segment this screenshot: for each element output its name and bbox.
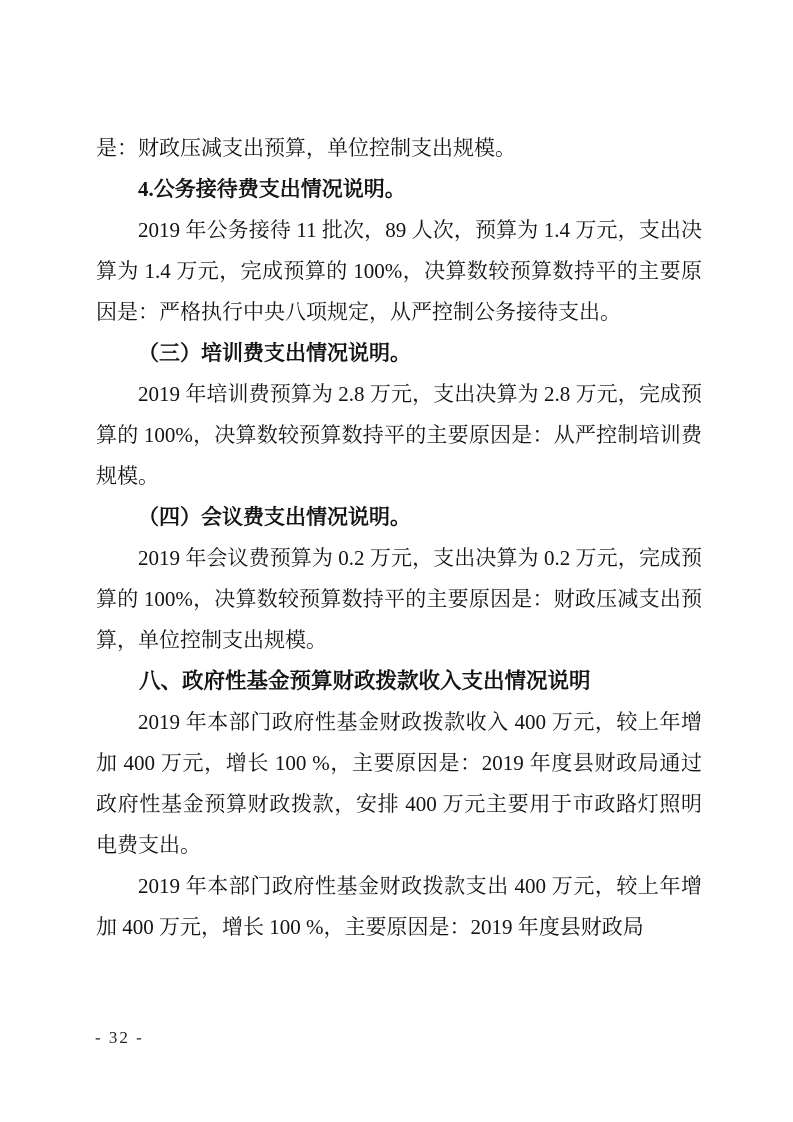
heading-government-fund-budget: 八、政府性基金预算财政拨款收入支出情况说明 [96, 661, 702, 702]
paragraph-continuation: 是：财政压减支出预算，单位控制支出规模。 [96, 128, 702, 169]
paragraph-official-reception-detail: 2019 年公务接待 11 批次，89 人次，预算为 1.4 万元，支出决算为 … [96, 210, 702, 333]
heading-official-reception-expense: 4.公务接待费支出情况说明。 [96, 169, 702, 210]
paragraph-fund-expenditure-detail: 2019 年本部门政府性基金财政拨款支出 400 万元，较上年增加 400 万元… [96, 866, 702, 948]
paragraph-fund-income-detail: 2019 年本部门政府性基金财政拨款收入 400 万元，较上年增加 400 万元… [96, 702, 702, 866]
document-page: 是：财政压减支出预算，单位控制支出规模。 4.公务接待费支出情况说明。 2019… [0, 0, 793, 1122]
page-number: - 32 - [95, 1028, 144, 1048]
document-body: 是：财政压减支出预算，单位控制支出规模。 4.公务接待费支出情况说明。 2019… [96, 128, 702, 948]
paragraph-training-expense-detail: 2019 年培训费预算为 2.8 万元，支出决算为 2.8 万元，完成预算的 1… [96, 374, 702, 497]
heading-meeting-expense: （四）会议费支出情况说明。 [96, 497, 702, 538]
heading-training-expense: （三）培训费支出情况说明。 [96, 333, 702, 374]
paragraph-meeting-expense-detail: 2019 年会议费预算为 0.2 万元，支出决算为 0.2 万元，完成预算的 1… [96, 538, 702, 661]
